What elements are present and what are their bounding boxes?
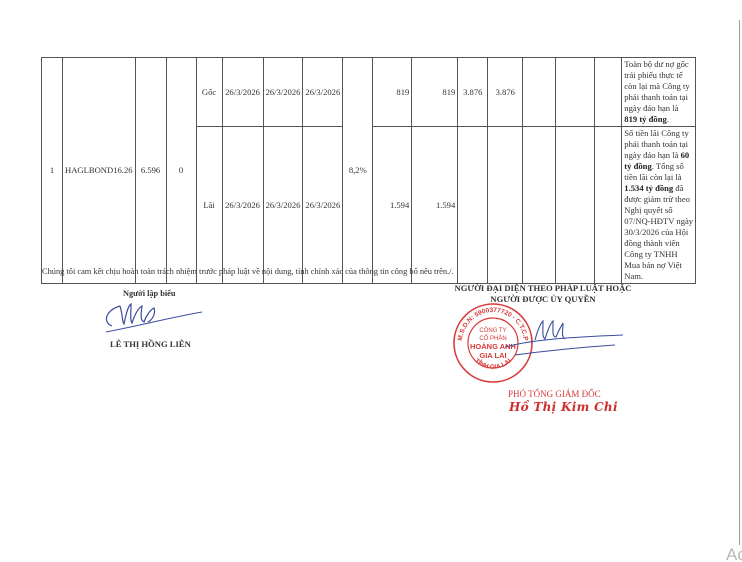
representative-name: Hồ Thị Kim Chi [509,400,618,414]
svg-text:CỔ PHẦN: CỔ PHẦN [479,335,506,342]
interest-amount-1: 1.594 [373,127,412,284]
interest-date-3: 26/3/2026 [303,127,343,284]
empty-cell [595,58,622,127]
value-a-cell: 6.596 [135,58,166,284]
preparer-name: LÊ THỊ HỒNG LIÊN [110,339,191,349]
principal-date-2: 26/3/2026 [263,58,303,127]
representative-signature [505,315,625,360]
interest-note: Số tiền lãi Công ty phải thanh toán tại … [622,127,696,284]
interest-date-1: 26/3/2026 [222,127,263,284]
principal-date-3: 26/3/2026 [303,58,343,127]
principal-amount-4: 3.876 [488,58,523,127]
empty-cell [556,58,595,127]
bond-payment-table: 1 HAGLBOND16.26 6.596 0 Gốc 26/3/2026 26… [41,57,696,284]
principal-note: Toàn bộ dư nợ gốc trái phiếu thực tế còn… [622,58,696,127]
overlay-corner-text: Ac [726,545,742,562]
representative-rank: PHÓ TỔNG GIÁM ĐỐC [508,389,601,399]
empty-cell [595,127,622,284]
principal-label: Gốc [196,58,222,127]
svg-text:GIA LAI: GIA LAI [479,351,506,360]
interest-amount-2: 1.594 [412,127,458,284]
empty-cell [523,58,556,127]
empty-cell [458,127,488,284]
svg-text:CÔNG TY: CÔNG TY [479,327,506,334]
preparer-signature [98,296,208,338]
principal-amount-3: 3.876 [458,58,488,127]
interest-rate-cell: 8,2% [343,58,373,284]
empty-cell [488,127,523,284]
empty-cell [556,127,595,284]
value-b-cell: 0 [166,58,196,284]
commitment-statement: Chúng tôi cam kết chịu hoàn toàn trách n… [42,267,454,276]
principal-amount-2: 819 [412,58,458,127]
principal-date-1: 26/3/2026 [222,58,263,127]
table-row-principal: 1 HAGLBOND16.26 6.596 0 Gốc 26/3/2026 26… [42,58,696,127]
page-edge-divider [739,20,740,545]
interest-label: Lãi [196,127,222,284]
bond-code-cell: HAGLBOND16.26 [63,58,136,284]
stt-cell: 1 [42,58,63,284]
interest-date-2: 26/3/2026 [263,127,303,284]
principal-amount-1: 819 [373,58,412,127]
empty-cell [523,127,556,284]
